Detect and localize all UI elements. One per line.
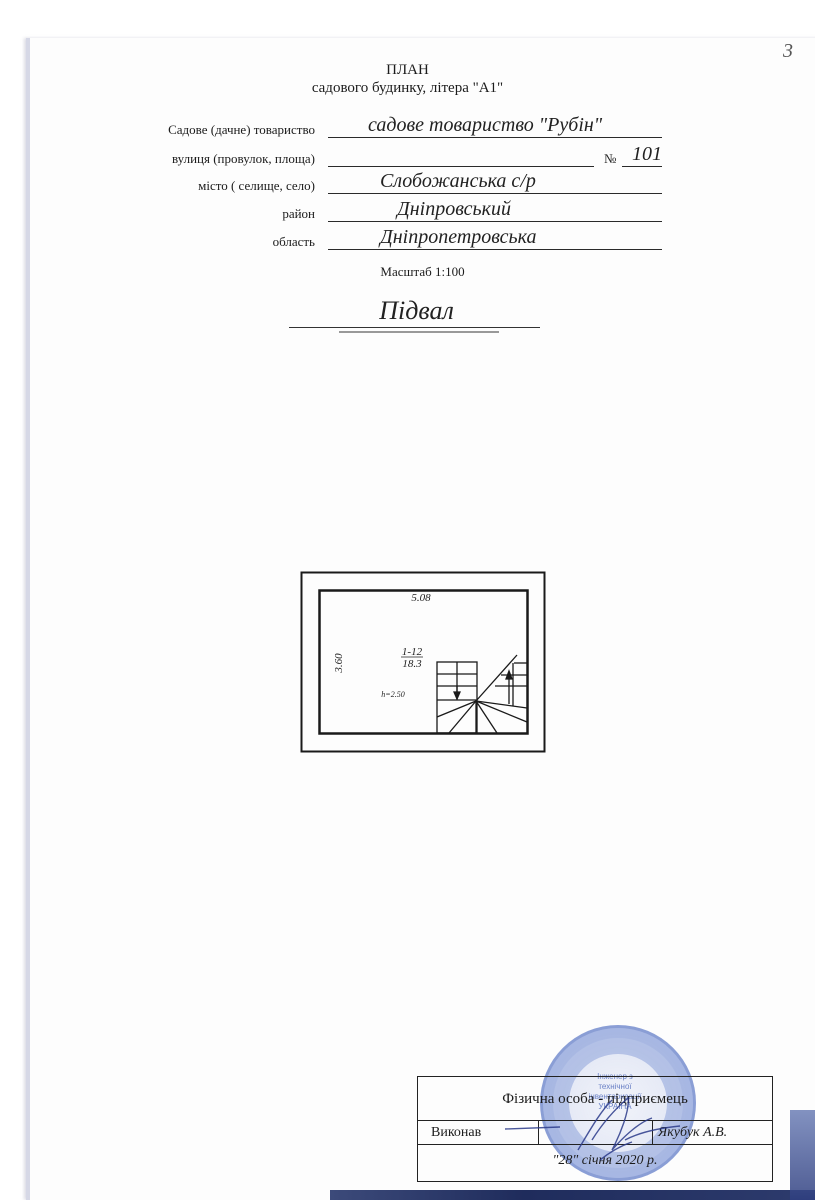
title-block: Фізична особа - підприємець Виконав Якуб… — [417, 1076, 773, 1182]
title-block-row: Фізична особа - підприємець — [418, 1077, 772, 1121]
signature-cell — [538, 1121, 653, 1145]
height-dimension: 3.60 — [333, 653, 345, 674]
organization: Фізична особа - підприємець — [418, 1091, 772, 1108]
width-dimension: 5.08 — [411, 592, 431, 604]
ceiling-height: h=2.50 — [381, 690, 404, 699]
title-block-row: Виконав Якубук А.В. — [418, 1121, 772, 1145]
inner-wall — [320, 591, 528, 734]
staircase — [437, 655, 527, 733]
executor-label: Виконав — [431, 1125, 481, 1141]
document-date: "28" січня 2020 р. — [418, 1153, 772, 1169]
executor-name: Якубук А.В. — [658, 1125, 727, 1141]
title-block-row: "28" січня 2020 р. — [418, 1145, 772, 1181]
room-area: 18.3 — [402, 658, 422, 670]
room-number: 1-12 — [402, 646, 423, 658]
floor-plan: 5.08 3.60 1-12 18.3 h=2.50 — [0, 0, 815, 1200]
